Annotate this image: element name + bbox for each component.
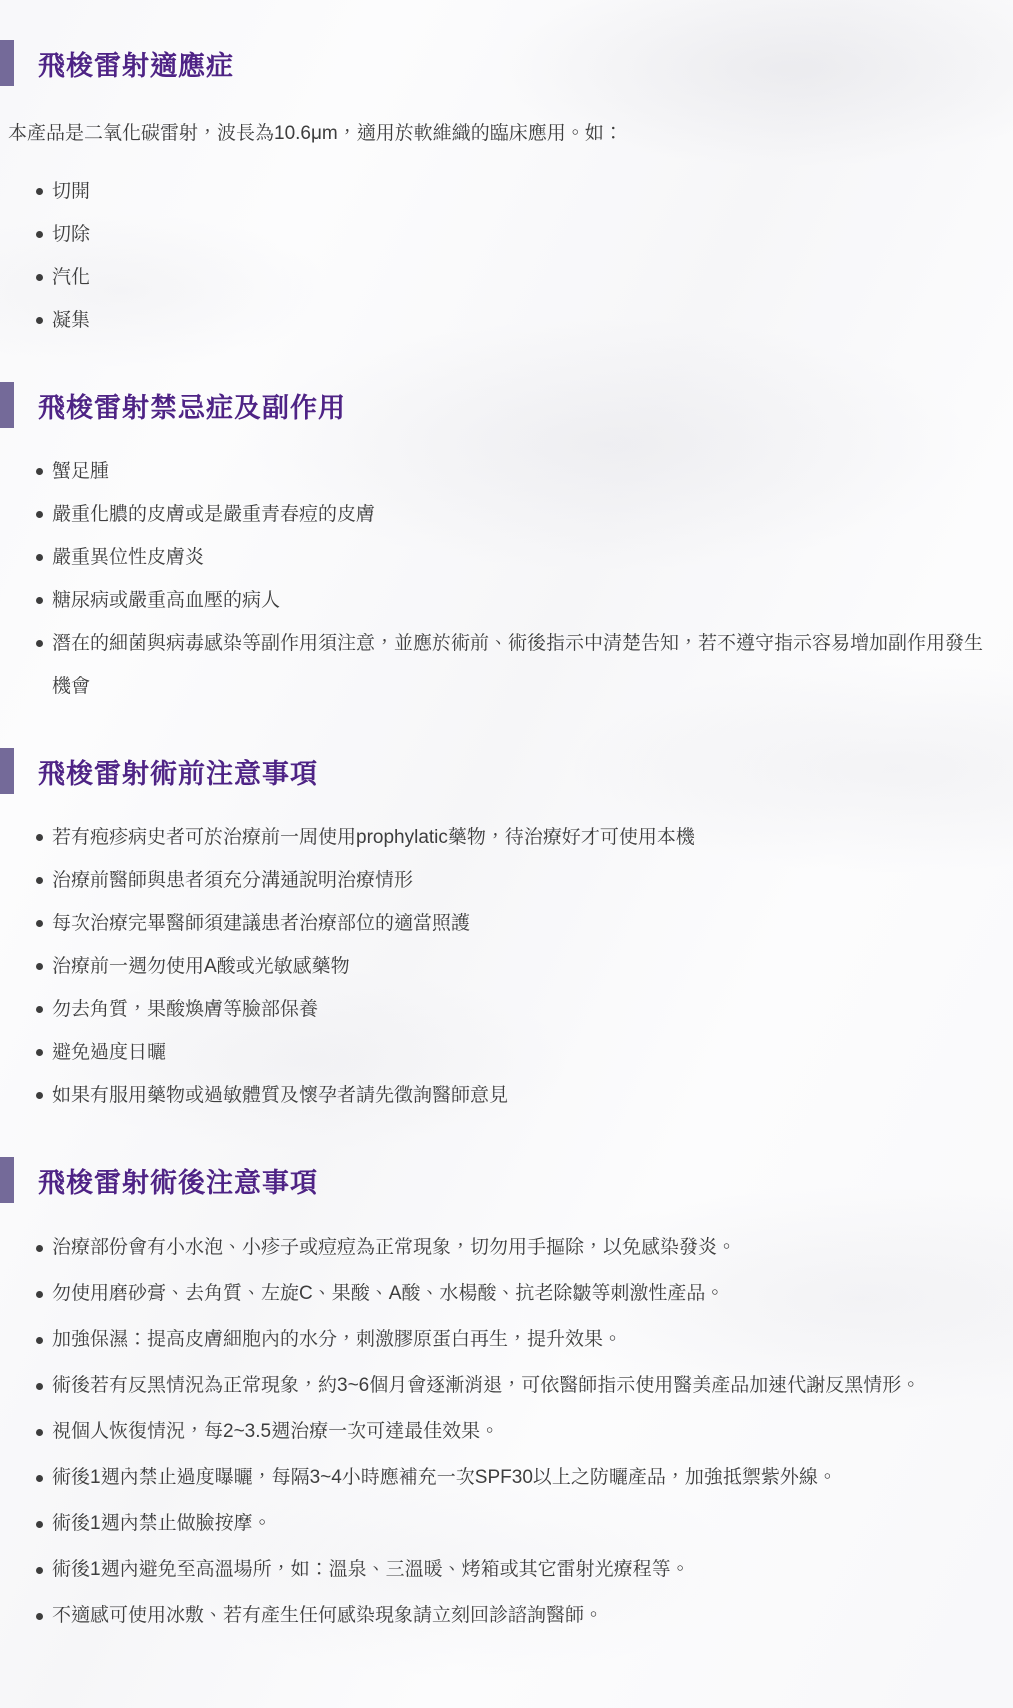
list-item: 術後1週內避免至高溫場所，如：溫泉、三溫暖、烤箱或其它雷射光療程等。 [52,1547,999,1593]
list-item-text: 嚴重異位性皮膚炎 [52,547,204,568]
list-item-text: 切除 [52,224,90,245]
list-item: 勿使用磨砂膏、去角質、左旋C、果酸、A酸、水楊酸、抗老除皺等刺激性產品。 [52,1271,999,1317]
section-header: 飛梭雷射術後注意事項 [0,1157,1003,1203]
indications-list: 切開 切除 汽化 凝集 [0,170,1003,342]
list-item: 每次治療完畢醫師須建議患者治療部位的適當照護 [52,902,999,945]
list-item-text: 潛在的細菌與病毒感染等副作用須注意，並應於術前、術後指示中清楚告知，若不遵守指示… [52,633,983,697]
list-item-text: 術後1週內禁止過度曝曬，每隔3~4小時應補充一次SPF30以上之防曬產品，加強抵… [52,1467,837,1488]
list-item-text: 加強保濕：提高皮膚細胞內的水分，刺激膠原蛋白再生，提升效果。 [52,1329,622,1350]
list-item: 避免過度日曬 [52,1031,999,1074]
list-item-text: 治療部份會有小水泡、小疹子或痘痘為正常現象，切勿用手摳除，以免感染發炎。 [52,1237,736,1258]
list-item-text: 術後若有反黑情況為正常現象，約3~6個月會逐漸消退，可依醫師指示使用醫美產品加速… [52,1375,920,1396]
list-item-text: 糖尿病或嚴重高血壓的病人 [52,590,280,611]
list-item: 切除 [52,213,999,256]
section-title: 飛梭雷射禁忌症及副作用 [38,386,346,425]
list-item-text: 視個人恢復情況，每2~3.5週治療一次可達最佳效果。 [52,1421,499,1442]
list-item-text: 蟹足腫 [52,461,109,482]
list-item: 術後1週內禁止做臉按摩。 [52,1501,999,1547]
section-indications: 飛梭雷射適應症 本產品是二氧化碳雷射，波長為10.6μm，適用於軟維織的臨床應用… [0,40,1003,342]
laser-info-page: 飛梭雷射適應症 本產品是二氧化碳雷射，波長為10.6μm，適用於軟維織的臨床應用… [0,0,1013,1675]
list-item-text: 嚴重化膿的皮膚或是嚴重青春痘的皮膚 [52,504,375,525]
list-item: 若有疱疹病史者可於治療前一周使用prophylatic藥物，待治療好才可使用本機 [52,816,999,859]
list-item-text: 凝集 [52,310,90,331]
section-contraindications: 飛梭雷射禁忌症及副作用 蟹足腫 嚴重化膿的皮膚或是嚴重青春痘的皮膚 嚴重異位性皮… [0,382,1003,708]
section-accent-bar [0,1157,14,1203]
section-title: 飛梭雷射術前注意事項 [38,752,318,791]
list-item: 切開 [52,170,999,213]
list-item: 治療部份會有小水泡、小疹子或痘痘為正常現象，切勿用手摳除，以免感染發炎。 [52,1225,999,1271]
list-item: 治療前一週勿使用A酸或光敏感藥物 [52,945,999,988]
list-item: 汽化 [52,256,999,299]
section-accent-bar [0,382,14,428]
list-item-text: 如果有服用藥物或過敏體質及懷孕者請先徵詢醫師意見 [52,1085,508,1106]
list-item: 視個人恢復情況，每2~3.5週治療一次可達最佳效果。 [52,1409,999,1455]
section-title: 飛梭雷射術後注意事項 [38,1161,318,1200]
list-item-text: 治療前醫師與患者須充分溝通說明治療情形 [52,870,413,891]
list-item-text: 治療前一週勿使用A酸或光敏感藥物 [52,956,350,977]
list-item: 糖尿病或嚴重高血壓的病人 [52,579,999,622]
section-header: 飛梭雷射禁忌症及副作用 [0,382,1003,428]
list-item-text: 若有疱疹病史者可於治療前一周使用prophylatic藥物，待治療好才可使用本機 [52,827,695,848]
list-item-text: 勿去角質，果酸煥膚等臉部保養 [52,999,318,1020]
list-item: 凝集 [52,299,999,342]
list-item: 勿去角質，果酸煥膚等臉部保養 [52,988,999,1031]
list-item: 不適感可使用冰敷、若有產生任何感染現象請立刻回診諮詢醫師。 [52,1593,999,1639]
section-title: 飛梭雷射適應症 [38,44,234,83]
list-item: 潛在的細菌與病毒感染等副作用須注意，並應於術前、術後指示中清楚告知，若不遵守指示… [52,622,999,708]
list-item: 嚴重異位性皮膚炎 [52,536,999,579]
post-treatment-list: 治療部份會有小水泡、小疹子或痘痘為正常現象，切勿用手摳除，以免感染發炎。 勿使用… [0,1225,1003,1639]
list-item-text: 切開 [52,181,90,202]
list-item-text: 術後1週內禁止做臉按摩。 [52,1513,272,1534]
section-header: 飛梭雷射適應症 [0,40,1003,86]
intro-paragraph: 本產品是二氧化碳雷射，波長為10.6μm，適用於軟維織的臨床應用。如： [8,120,1003,148]
list-item-text: 勿使用磨砂膏、去角質、左旋C、果酸、A酸、水楊酸、抗老除皺等刺激性產品。 [52,1283,724,1304]
contraindications-list: 蟹足腫 嚴重化膿的皮膚或是嚴重青春痘的皮膚 嚴重異位性皮膚炎 糖尿病或嚴重高血壓… [0,450,1003,708]
list-item: 蟹足腫 [52,450,999,493]
pre-treatment-list: 若有疱疹病史者可於治療前一周使用prophylatic藥物，待治療好才可使用本機… [0,816,1003,1117]
list-item-text: 不適感可使用冰敷、若有產生任何感染現象請立刻回診諮詢醫師。 [52,1605,603,1626]
list-item: 術後若有反黑情況為正常現象，約3~6個月會逐漸消退，可依醫師指示使用醫美產品加速… [52,1363,999,1409]
list-item-text: 汽化 [52,267,90,288]
list-item: 加強保濕：提高皮膚細胞內的水分，刺激膠原蛋白再生，提升效果。 [52,1317,999,1363]
section-accent-bar [0,40,14,86]
section-accent-bar [0,748,14,794]
list-item: 嚴重化膿的皮膚或是嚴重青春痘的皮膚 [52,493,999,536]
section-post-treatment: 飛梭雷射術後注意事項 治療部份會有小水泡、小疹子或痘痘為正常現象，切勿用手摳除，… [0,1157,1003,1639]
list-item-text: 避免過度日曬 [52,1042,166,1063]
list-item: 術後1週內禁止過度曝曬，每隔3~4小時應補充一次SPF30以上之防曬產品，加強抵… [52,1455,999,1501]
list-item-text: 每次治療完畢醫師須建議患者治療部位的適當照護 [52,913,470,934]
list-item-text: 術後1週內避免至高溫場所，如：溫泉、三溫暖、烤箱或其它雷射光療程等。 [52,1559,690,1580]
list-item: 治療前醫師與患者須充分溝通說明治療情形 [52,859,999,902]
section-pre-treatment: 飛梭雷射術前注意事項 若有疱疹病史者可於治療前一周使用prophylatic藥物… [0,748,1003,1117]
list-item: 如果有服用藥物或過敏體質及懷孕者請先徵詢醫師意見 [52,1074,999,1117]
section-header: 飛梭雷射術前注意事項 [0,748,1003,794]
